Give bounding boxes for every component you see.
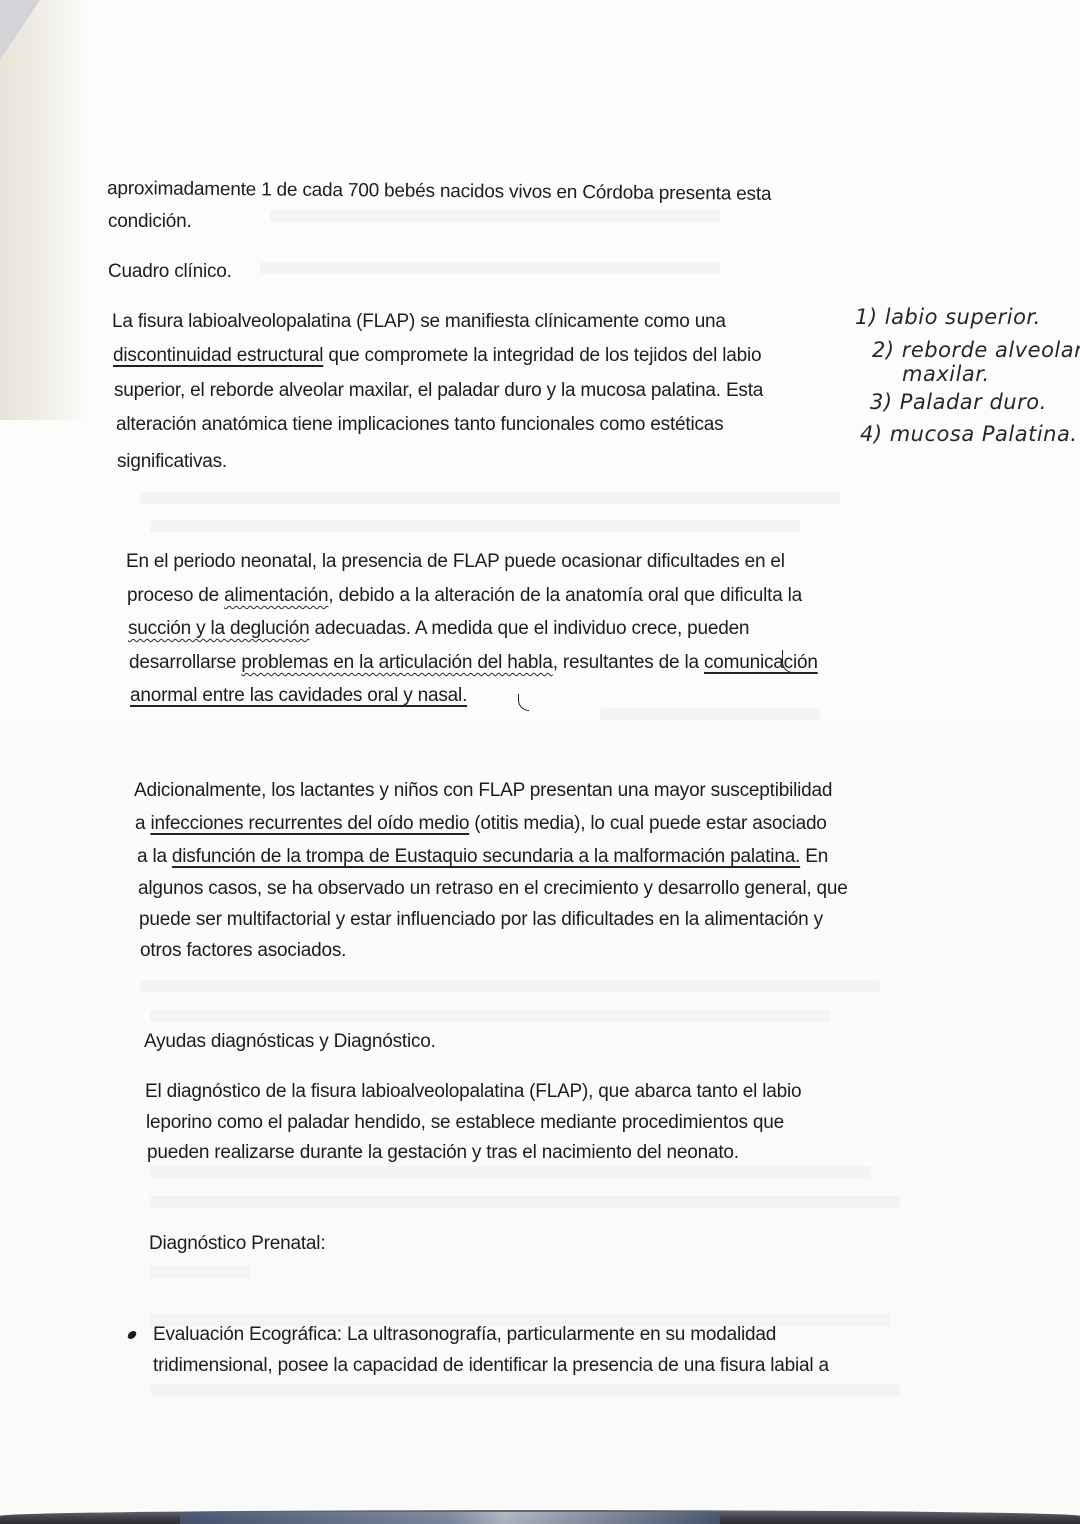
bleed-through-text	[270, 210, 720, 222]
section-heading-cuadro-clinico: Cuadro clínico.	[108, 260, 232, 284]
p3-line-4: algunos casos, se ha observado un retras…	[138, 877, 848, 901]
bleed-through-text	[150, 1196, 900, 1208]
page-corner-shadow	[0, 0, 40, 60]
wavy-underline: alimentación	[224, 585, 328, 606]
p2-line-2: proceso de alimentación, debido a la alt…	[127, 584, 802, 608]
bullet-1-line-2: tridimensional, posee la capacidad de id…	[153, 1354, 829, 1378]
bleed-through-text	[150, 1010, 830, 1022]
handwritten-note-3: 3) Paladar duro.	[870, 390, 1047, 414]
paper-page: aproximadamente 1 de cada 700 bebés naci…	[0, 0, 1080, 1510]
handwritten-note-2: 2) reborde alveolar	[872, 338, 1080, 362]
intro-line-1: aproximadamente 1 de cada 700 bebés naci…	[107, 177, 772, 207]
page-corner-fold	[0, 0, 90, 420]
bleed-through-text	[150, 1266, 250, 1278]
wavy-underline: succión y la deglución	[128, 618, 310, 639]
bleed-through-text	[150, 1166, 870, 1178]
handwritten-underline: comunicación	[704, 652, 818, 673]
background-surface-below-page	[0, 1510, 1080, 1524]
diag-line-3: pueden realizarse durante la gestación y…	[147, 1141, 739, 1165]
fabric-background	[180, 1512, 720, 1524]
p3-line-1: Adicionalmente, los lactantes y niños co…	[134, 779, 832, 803]
intro-line-2: condición.	[108, 210, 192, 234]
p3-line-5: puede ser multifactorial y estar influen…	[139, 908, 823, 932]
diag-line-2: leporino como el paladar hendido, se est…	[146, 1111, 784, 1135]
p2-line-1: En el periodo neonatal, la presencia de …	[126, 550, 785, 574]
bullet-1-line-1: Evaluación Ecográfica: La ultrasonografí…	[153, 1323, 776, 1347]
p3-line-2: a infecciones recurrentes del oído medio…	[135, 812, 827, 836]
p2-line-4: desarrollarse problemas en la articulaci…	[129, 651, 818, 675]
p3-line-3: a la disfunción de la trompa de Eustaqui…	[137, 845, 828, 869]
handwritten-note-2-cont: maxilar.	[902, 362, 990, 386]
handwritten-note-1: 1) labio superior.	[855, 305, 1041, 329]
bleed-through-text	[260, 262, 720, 274]
handwritten-note-4: 4) mucosa Palatina.	[860, 422, 1078, 446]
bleed-through-text	[140, 980, 880, 992]
p1-line-1: La fisura labioalveolopalatina (FLAP) se…	[112, 310, 726, 334]
bleed-through-text	[140, 492, 840, 504]
p2-line-5: anormal entre las cavidades oral y nasal…	[130, 684, 467, 708]
bleed-through-text	[600, 708, 820, 720]
diag-line-1: El diagnóstico de la fisura labioalveolo…	[145, 1080, 801, 1104]
bleed-through-text	[150, 1384, 900, 1396]
subheading-diagnostico-prenatal: Diagnóstico Prenatal:	[149, 1232, 325, 1256]
handwritten-check-mark	[518, 694, 529, 711]
section-heading-diagnostico: Ayudas diagnósticas y Diagnóstico.	[144, 1030, 436, 1054]
p1-line-4: alteración anatómica tiene implicaciones…	[116, 413, 723, 437]
wavy-underline: problemas en la articulación del habla	[241, 652, 552, 673]
p2-line-3: succión y la deglución adecuadas. A medi…	[128, 617, 749, 641]
handwritten-underline: disfunción de la trompa de Eustaquio sec…	[172, 846, 800, 867]
handwritten-underline: discontinuidad estructural	[113, 345, 323, 366]
p1-line-2: discontinuidad estructural que compromet…	[113, 344, 761, 368]
bleed-through-text	[150, 520, 800, 532]
handwritten-underline: infecciones recurrentes del oído medio	[150, 813, 469, 834]
bullet-icon	[127, 1331, 138, 1339]
p1-line-5: significativas.	[117, 450, 227, 474]
p3-line-6: otros factores asociados.	[140, 939, 346, 963]
handwritten-underline: anormal entre las cavidades oral y nasal…	[130, 685, 467, 706]
p1-line-3: superior, el reborde alveolar maxilar, e…	[114, 379, 763, 403]
